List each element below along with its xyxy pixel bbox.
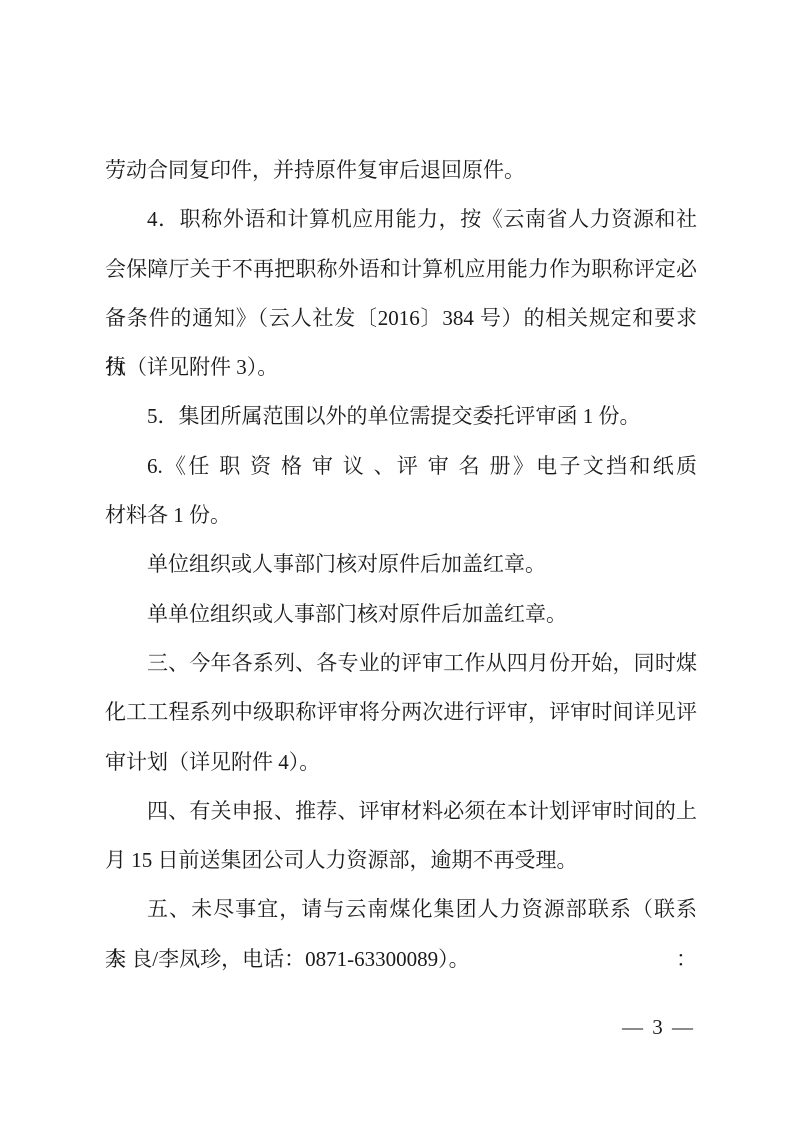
text-line: 审计划（详见附件 4）。 <box>105 738 697 787</box>
text-line: 单位组织或人事部门核对原件后加盖红章。 <box>105 540 697 589</box>
text-line: 化工工程系列中级职称评审将分两次进行评审，评审时间详见评 <box>105 688 697 737</box>
text-line: 4．职称外语和计算机应用能力，按《云南省人力资源和社 <box>105 195 697 244</box>
text-line: 备条件的通知》（云人社发〔2016〕384 号）的相关规定和要求执 <box>105 294 697 343</box>
document-body: 劳动合同复印件，并持原件复审后退回原件。 4．职称外语和计算机应用能力，按《云南… <box>105 146 697 984</box>
text-line: 四、有关申报、推荐、评审材料必须在本计划评审时间的上 <box>105 787 697 836</box>
text-line: 三、今年各系列、各专业的评审工作从四月份开始，同时煤 <box>105 639 697 688</box>
text-line: 会保障厅关于不再把职称外语和计算机应用能力作为职称评定必 <box>105 245 697 294</box>
text-line: 行（详见附件 3）。 <box>105 343 697 392</box>
text-line: 月 15 日前送集团公司人力资源部，逾期不再受理。 <box>105 836 697 885</box>
page-number: — 3 — <box>622 1012 695 1042</box>
text-line: 5．集团所属范围以外的单位需提交委托评审函 1 份。 <box>105 392 697 441</box>
text-line: 五、未尽事宜，请与云南煤化集团人力资源部联系（联系人： <box>105 885 697 934</box>
text-line: 劳动合同复印件，并持原件复审后退回原件。 <box>105 146 697 195</box>
text-line: 单单位组织或人事部门核对原件后加盖红章。 <box>105 590 697 639</box>
text-line: 6.《任 职 资 格 审 议 、评 审 名 册》电子文挡和纸质 <box>105 442 697 491</box>
document-page: 劳动合同复印件，并持原件复审后退回原件。 4．职称外语和计算机应用能力，按《云南… <box>0 0 793 1122</box>
text-line: 材料各 1 份。 <box>105 491 697 540</box>
